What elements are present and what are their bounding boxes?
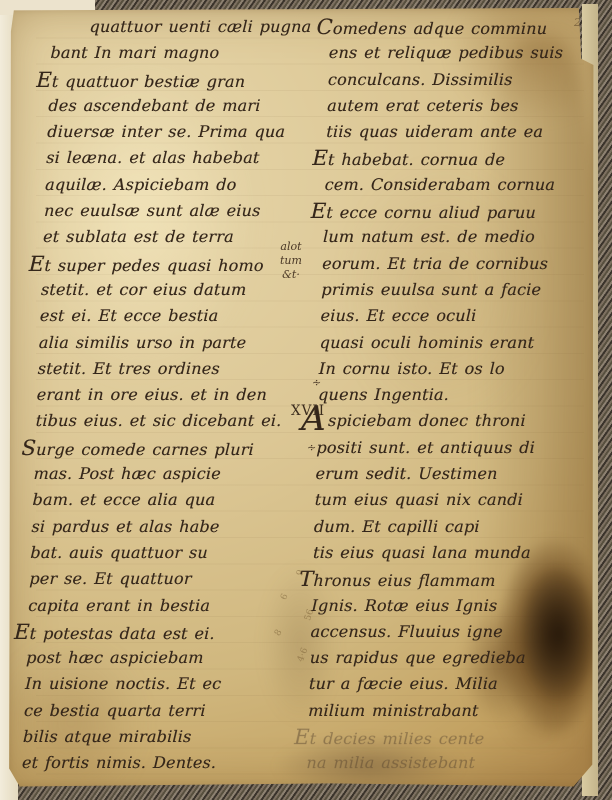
text-line: post hæc aspiciebam — [26, 645, 289, 671]
text-line: Et super pedes quasi homo — [28, 251, 304, 277]
text-line: ens et reliquæ pedibus suis — [328, 40, 591, 66]
scribble: 4·6 — [296, 646, 311, 663]
text-line: milium ministrabant — [308, 698, 571, 724]
renvoi-mark: ∻ — [312, 376, 321, 389]
text-line: eorum. Et tria de cornibus — [322, 251, 585, 277]
marginal-gloss: alot tum &t· — [280, 240, 302, 282]
manuscript-page: quattuor uenti cæli pugnabant In mari ma… — [8, 8, 594, 788]
text-line: lum natum est. de medio — [323, 224, 586, 250]
text-line: nec euulsæ sunt alæ eius — [44, 198, 307, 224]
scribble: 8 — [273, 628, 285, 638]
text-line: erant in ore eius. et in den — [36, 382, 299, 408]
text-line: bat. auis quattuor su — [30, 540, 293, 566]
text-line: diuersæ inter se. Prima qua — [47, 119, 310, 145]
text-line: bant In mari magno — [50, 40, 313, 66]
text-line: Et potestas data est ei. — [14, 619, 290, 645]
text-line: eius. Et ecce oculi — [320, 303, 583, 329]
text-line: Surge comede carnes pluri — [21, 435, 297, 461]
text-line: bilis atque mirabilis — [22, 724, 285, 750]
text-line: erum sedit. Uestimen — [315, 461, 578, 487]
text-line: Aspiciebam donec throni — [317, 408, 580, 434]
text-line: Comedens adque comminu — [316, 14, 592, 40]
text-line: bam. et ecce alia qua — [32, 487, 295, 513]
text-line: et fortis nimis. Dentes. — [21, 750, 284, 776]
text-line: autem erat ceteris bes — [327, 93, 590, 119]
text-line: tur a fæcie eius. Milia — [309, 671, 572, 697]
text-line: si pardus et alas habe — [31, 514, 294, 540]
gutter-scribbles: 9 6 56 8 4·6 — [270, 566, 336, 676]
text-line: ce bestia quarta terri — [23, 698, 286, 724]
text-line: des ascendebant de mari — [48, 93, 311, 119]
text-line: Thronus eius flammam — [299, 566, 575, 592]
scribble: 6 — [279, 592, 290, 601]
text-column-right: Comedens adque comminuens et reliquæ ped… — [306, 14, 592, 777]
manuscript-photo: quattuor uenti cæli pugnabant In mari ma… — [0, 0, 612, 800]
text-line: tibus eius. et sic dicebant ei. — [35, 408, 298, 434]
scribble: 9 — [295, 569, 306, 578]
text-line: est ei. Et ecce bestia — [39, 303, 302, 329]
text-line: Et habebat. cornua de — [312, 145, 588, 171]
text-line: aquilæ. Aspiciebam do — [45, 172, 308, 198]
text-line: Et ecce cornu aliud paruu — [310, 198, 586, 224]
renvoi-mark: ∻ — [307, 441, 316, 454]
marginal-gloss-line: &t· — [280, 268, 302, 282]
text-line: accensus. Fluuius igne — [310, 619, 573, 645]
chapter-number: XVII — [291, 403, 325, 419]
text-line: quattuor uenti cæli pugna — [89, 14, 314, 40]
text-line: si leæna. et alas habebat — [46, 145, 309, 171]
scribble: 56 — [303, 608, 316, 622]
text-line: et sublata est de terra — [42, 224, 305, 250]
text-line: positi sunt. et antiquus di — [316, 435, 579, 461]
text-line: primis euulsa sunt a facie — [321, 277, 584, 303]
marginal-gloss-line: alot — [280, 240, 302, 254]
text-line: conculcans. Dissimilis — [328, 67, 591, 93]
text-line: dum. Et capilli capi — [313, 514, 576, 540]
text-line: capita erant in bestia — [28, 593, 291, 619]
text-line: Et decies milies cente — [294, 724, 570, 750]
text-line: quens Ingentia. — [318, 382, 581, 408]
text-line: quasi oculi hominis erant — [319, 330, 582, 356]
text-line: us rapidus que egredieba — [309, 645, 572, 671]
text-line: na milia assistebant — [306, 750, 569, 776]
text-line: cem. Considerabam cornua — [324, 172, 587, 198]
text-line: In cornu isto. Et os lo — [318, 356, 581, 382]
text-line: stetit. Et tres ordines — [37, 356, 300, 382]
text-line: per se. Et quattuor — [29, 566, 292, 592]
text-line: alia similis urso in parte — [38, 330, 301, 356]
marginal-gloss-line: tum — [280, 254, 302, 268]
text-line: mas. Post hæc aspicie — [33, 461, 296, 487]
text-line: stetit. et cor eius datum — [40, 277, 303, 303]
text-line: In uisione noctis. Et ec — [25, 671, 288, 697]
text-line: tum eius quasi nix candi — [314, 487, 577, 513]
text-line: Et quattuor bestiæ gran — [36, 67, 312, 93]
page-number: 2 — [574, 16, 581, 29]
text-line: tiis quas uideram ante ea — [326, 119, 589, 145]
text-line: tis eius quasi lana munda — [313, 540, 576, 566]
text-line: Ignis. Rotæ eius Ignis — [311, 593, 574, 619]
